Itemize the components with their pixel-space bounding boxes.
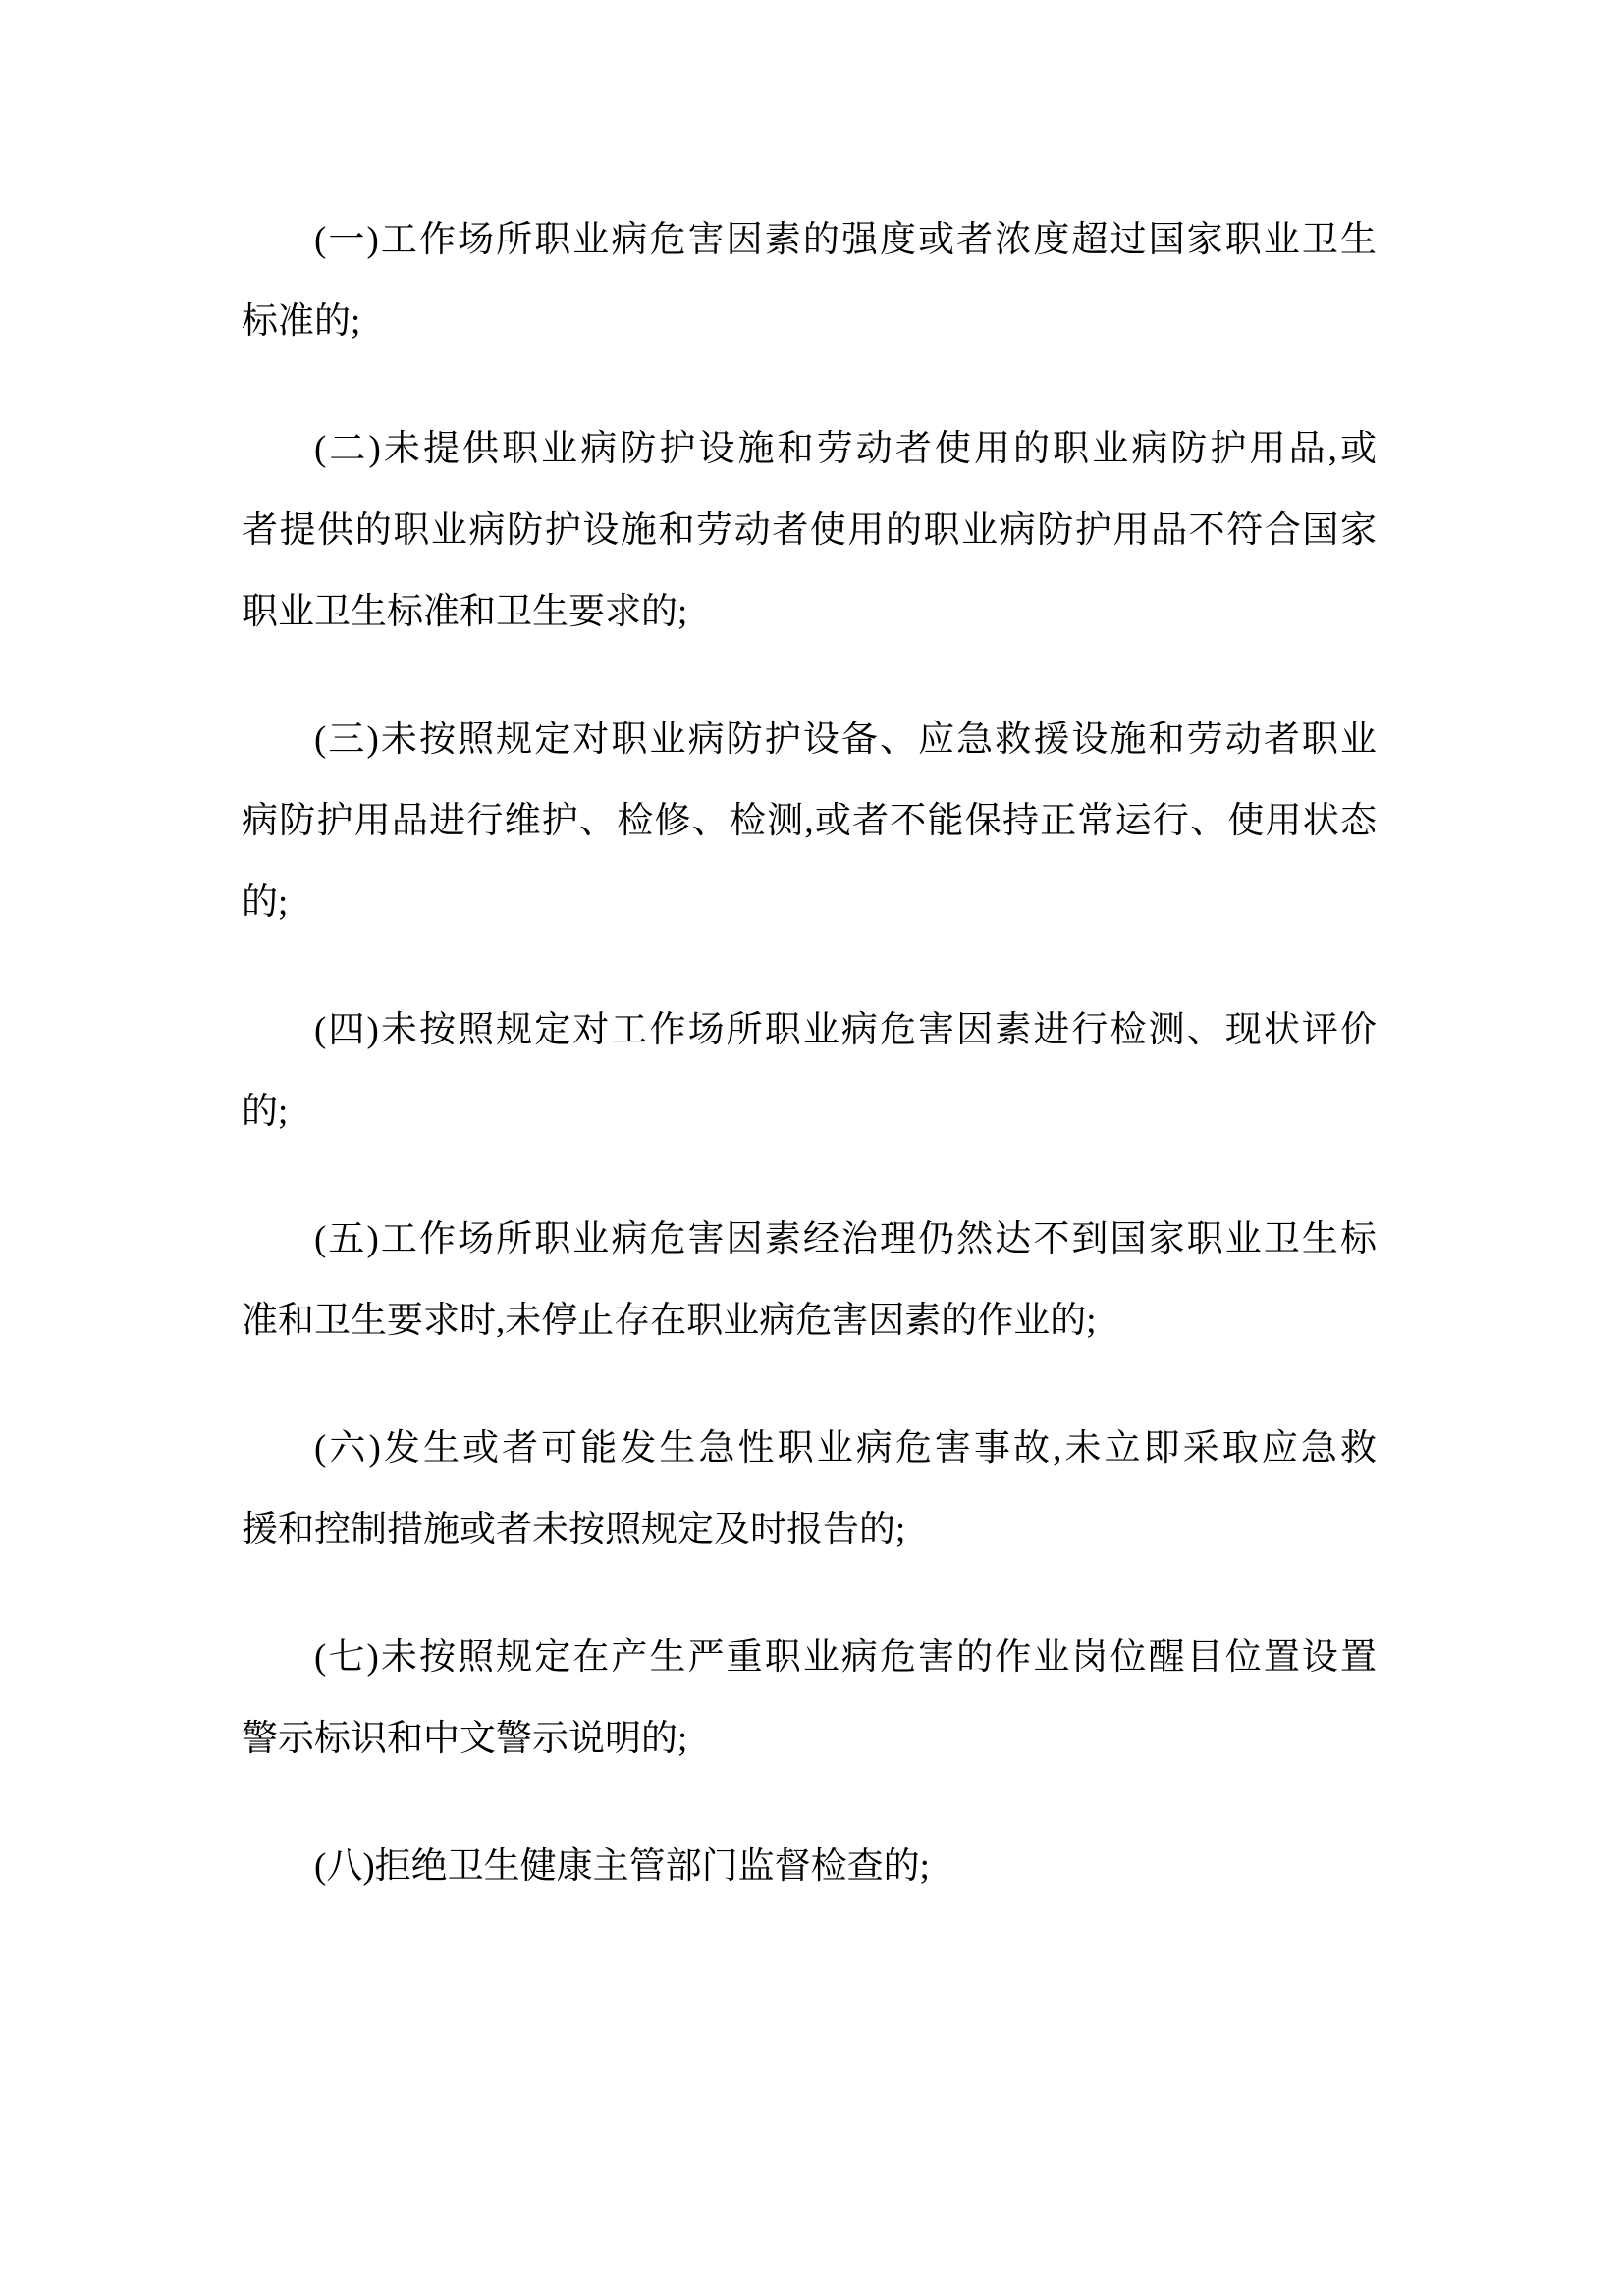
paragraph-line: 准和卫生要求时,未停止存在职业病危害因素的作业的;	[242, 1280, 1377, 1362]
paragraph-item-2: (二)未提供职业病防护设施和劳动者使用的职业病防护用品,或者提供的职业病防护设施…	[242, 408, 1377, 653]
paragraph-line: (七)未按照规定在产生严重职业病危害的作业岗位醒目位置设置	[242, 1617, 1377, 1698]
paragraph-line: (八)拒绝卫生健康主管部门监督检查的;	[242, 1826, 1377, 1907]
paragraph-line: (六)发生或者可能发生急性职业病危害事故,未立即采取应急救	[242, 1408, 1377, 1489]
paragraph-line: 病防护用品进行维护、检修、检测,或者不能保持正常运行、使用状态	[242, 780, 1377, 862]
paragraph-item-3: (三)未按照规定对职业病防护设备、应急救援设施和劳动者职业病防护用品进行维护、检…	[242, 699, 1377, 943]
paragraph-line: 标准的;	[242, 281, 1377, 362]
paragraph-line: 职业卫生标准和卫生要求的;	[242, 571, 1377, 653]
paragraph-line: (一)工作场所职业病危害因素的强度或者浓度超过国家职业卫生	[242, 199, 1377, 281]
paragraph-item-7: (七)未按照规定在产生严重职业病危害的作业岗位醒目位置设置警示标识和中文警示说明…	[242, 1617, 1377, 1780]
paragraph-item-8: (八)拒绝卫生健康主管部门监督检查的;	[242, 1826, 1377, 1907]
paragraph-line: (三)未按照规定对职业病防护设备、应急救援设施和劳动者职业	[242, 699, 1377, 780]
paragraph-item-4: (四)未按照规定对工作场所职业病危害因素进行检测、现状评价的;	[242, 989, 1377, 1152]
paragraph-line: 者提供的职业病防护设施和劳动者使用的职业病防护用品不符合国家	[242, 490, 1377, 571]
paragraph-line: 的;	[242, 1071, 1377, 1152]
paragraph-item-1: (一)工作场所职业病危害因素的强度或者浓度超过国家职业卫生标准的;	[242, 199, 1377, 362]
paragraph-line: (四)未按照规定对工作场所职业病危害因素进行检测、现状评价	[242, 989, 1377, 1071]
paragraph-item-6: (六)发生或者可能发生急性职业病危害事故,未立即采取应急救援和控制措施或者未按照…	[242, 1408, 1377, 1571]
paragraph-line: 警示标识和中文警示说明的;	[242, 1698, 1377, 1780]
paragraph-line: 的;	[242, 862, 1377, 943]
paragraph-line: (五)工作场所职业病危害因素经治理仍然达不到国家职业卫生标	[242, 1199, 1377, 1280]
paragraph-line: (二)未提供职业病防护设施和劳动者使用的职业病防护用品,或	[242, 408, 1377, 490]
document-body: (一)工作场所职业病危害因素的强度或者浓度超过国家职业卫生标准的;(二)未提供职…	[242, 199, 1377, 1953]
paragraph-line: 援和控制措施或者未按照规定及时报告的;	[242, 1489, 1377, 1571]
paragraph-item-5: (五)工作场所职业病危害因素经治理仍然达不到国家职业卫生标准和卫生要求时,未停止…	[242, 1199, 1377, 1362]
document-page: (一)工作场所职业病危害因素的强度或者浓度超过国家职业卫生标准的;(二)未提供职…	[0, 0, 1624, 2296]
